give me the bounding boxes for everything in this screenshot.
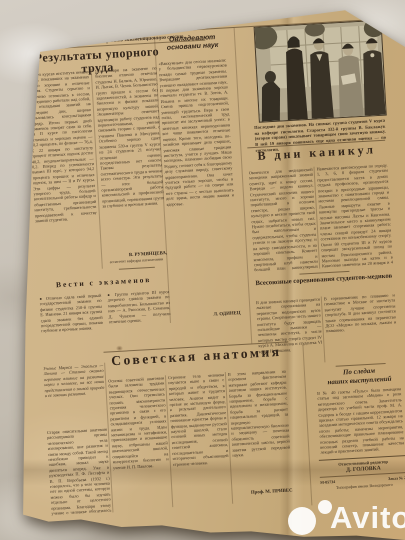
- exam-news-headline: Вести с экзаменов: [39, 275, 169, 290]
- competitions-column-2: В соревнованиях по плаванию и гимнастике…: [324, 292, 399, 362]
- section-rule: [119, 267, 155, 270]
- anatomy-column-2: Строение тела человека изучается ныне в …: [168, 372, 231, 507]
- students-photo: [254, 20, 387, 123]
- screenshot-root: 2 П У Л Ь С Успешно завершить экзаменаци…: [0, 0, 405, 540]
- imprint-order: Заказ № 28: [388, 475, 405, 481]
- results-column-2: 1-го января на экзамене по биологии отли…: [95, 65, 167, 252]
- competitions-headline: Всесоюзные соревнования студентов-медико…: [253, 272, 395, 288]
- anatomy-signature: Проф. М. ПРИВЕС: [235, 488, 293, 496]
- watermark-logo-circle-large: [288, 507, 316, 535]
- newspaper-page: 2 П У Л Ь С Успешно завершить экзаменаци…: [0, 0, 405, 540]
- mastering-headline: Овладевают основами наук: [157, 33, 228, 54]
- exam-news-item-2: ● Группа студентов III курса досрочно сд…: [107, 289, 172, 352]
- section-rule: [336, 363, 386, 367]
- exam-news-item-1: ● Отлично сдала свой первый государствен…: [39, 293, 104, 356]
- anatomy-left-column: Старая описательная анатомия рассматрива…: [47, 427, 112, 518]
- watermark-text: Avito: [330, 500, 405, 536]
- students-photo-illustration: [255, 21, 386, 122]
- mastering-signature: Л. ОДИНЕЦ: [173, 311, 241, 320]
- followup-column: В № 40 газеты «Пульс» была помещена стат…: [317, 386, 405, 457]
- anatomy-epigraph: Ученье Маркса — Энгельса — Ленина — Стал…: [43, 363, 106, 428]
- holidays-column-2: Намечаются автоэкскурсии по городу. 1, 3…: [316, 163, 393, 269]
- masthead-title: П У Л Ь С: [140, 12, 260, 27]
- holidays-column-1: Окончился для медицинской молодежи напря…: [249, 167, 319, 272]
- anatomy-column-3: В этом направлении на огромном фактическ…: [228, 369, 292, 490]
- mastering-column: «Ваккумные» дни сессии миновали: у больш…: [158, 57, 240, 312]
- newspaper-content: 2 П У Л Ь С Успешно завершить экзаменаци…: [0, 6, 405, 531]
- imprint-number: М-05734: [320, 479, 335, 485]
- page-number: 2: [18, 28, 21, 34]
- results-column-1: На всех курсах института немало групп, п…: [27, 69, 100, 276]
- anatomy-column-1: Основы советской анатомии были заложены …: [108, 375, 171, 510]
- newspaper-shadow-wrap: 2 П У Л Ь С Успешно завершить экзаменаци…: [0, 0, 405, 540]
- column-rule: [302, 344, 312, 506]
- imprint-box: Ответственный редактор Д. ГОЛОВКА М-0573…: [319, 455, 405, 491]
- section-rule: [299, 271, 349, 275]
